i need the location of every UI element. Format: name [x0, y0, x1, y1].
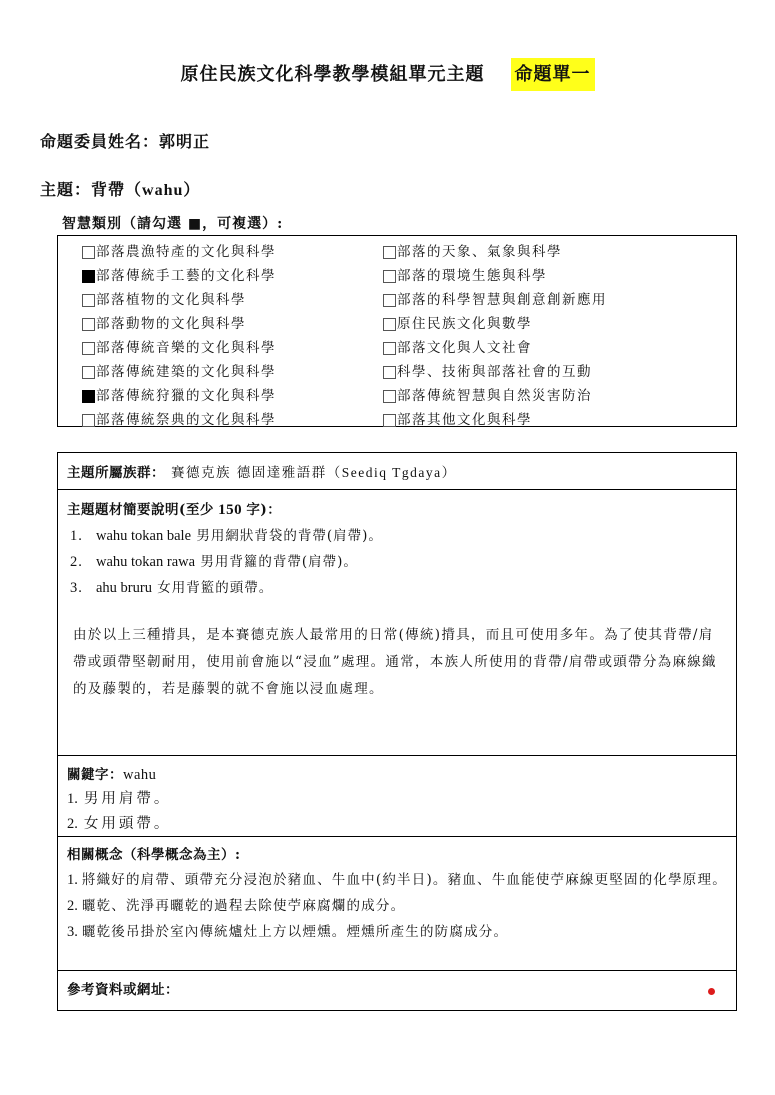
list-item: 1.男用肩帶。	[67, 787, 171, 812]
concepts-label: 相關概念（科學概念為主）:	[67, 843, 240, 863]
category-item-label: 部落其他文化與科學	[397, 408, 532, 432]
item-number: 2.	[70, 549, 96, 575]
category-column-left: 部落農漁特產的文化與科學 部落傳統手工藝的文化科學 部落植物的文化與科學 部落動…	[82, 240, 276, 432]
checkbox[interactable]	[82, 342, 95, 355]
item-latin: wahu tokan rawa	[96, 554, 195, 570]
checkbox[interactable]	[383, 294, 396, 307]
category-item-label: 原住民族文化與數學	[397, 312, 532, 336]
summary-list: 1.wahu tokan bale 男用網狀背袋的背帶(肩帶)。 2.wahu …	[70, 523, 383, 601]
summary-label-a: 主題題材簡要說明(至少	[67, 502, 214, 518]
category-item[interactable]: 部落其他文化與科學	[383, 408, 607, 432]
keywords-row: 關鍵字：wahu 1.男用肩帶。 2.女用頭帶。	[58, 755, 736, 836]
item-text: 女用頭帶。	[84, 816, 172, 832]
concepts-row: 相關概念（科學概念為主）: 1.將織好的肩帶、頭帶充分浸泡於豬血、牛血中(約半日…	[58, 836, 736, 970]
category-item[interactable]: 部落的科學智慧與創意創新應用	[383, 288, 607, 312]
checkbox[interactable]	[82, 246, 95, 259]
item-number: 1.	[67, 791, 78, 807]
category-item-label: 部落傳統音樂的文化與科學	[96, 336, 276, 360]
category-item[interactable]: 部落傳統手工藝的文化科學	[82, 264, 276, 288]
checkbox[interactable]	[383, 270, 396, 283]
checkbox[interactable]	[82, 294, 95, 307]
category-item-label: 部落傳統祭典的文化與科學	[96, 408, 276, 432]
item-number: 2.	[67, 898, 78, 914]
committee-name: 郭明正	[159, 132, 210, 151]
category-item-label: 部落文化與人文社會	[397, 336, 532, 360]
list-item: 2.曬乾、洗淨再曬乾的過程去除使苧麻腐爛的成分。	[67, 893, 727, 919]
list-item: 3.曬乾後吊掛於室內傳統爐灶上方以煙燻。煙燻所產生的防腐成分。	[67, 919, 727, 945]
item-number: 1.	[70, 523, 96, 549]
category-item[interactable]: 部落的環境生態與科學	[383, 264, 607, 288]
committee-label: 命題委員姓名：	[40, 132, 159, 151]
keywords-list: 1.男用肩帶。 2.女用頭帶。	[67, 787, 171, 837]
category-item[interactable]: 部落傳統音樂的文化與科學	[82, 336, 276, 360]
list-item: 1.將織好的肩帶、頭帶充分浸泡於豬血、牛血中(約半日)。豬血、牛血能使苧麻線更堅…	[67, 867, 727, 893]
item-number: 3.	[70, 575, 96, 601]
checkbox[interactable]	[383, 342, 396, 355]
category-item[interactable]: 原住民族文化與數學	[383, 312, 607, 336]
category-item-label: 部落的環境生態與科學	[397, 264, 547, 288]
summary-label: 主題題材簡要說明(至少 150 字)：	[67, 498, 281, 519]
category-item[interactable]: 部落傳統狩獵的文化與科學	[82, 384, 276, 408]
checkbox[interactable]	[383, 414, 396, 427]
category-item-label: 部落傳統智慧與自然災害防治	[397, 384, 592, 408]
item-latin: ahu bruru	[96, 580, 152, 596]
summary-row: 主題題材簡要說明(至少 150 字)： 1.wahu tokan bale 男用…	[58, 489, 736, 755]
summary-paragraph: 由於以上三種揹具，是本賽德克族人最常用的日常(傳統)揹具，而且可使用多年。為了使…	[73, 622, 728, 703]
category-item-label: 部落動物的文化與科學	[96, 312, 246, 336]
category-item[interactable]: 科學、技術與部落社會的互動	[383, 360, 607, 384]
category-item[interactable]: 部落的天象、氣象與科學	[383, 240, 607, 264]
keywords-label: 關鍵字：wahu	[67, 763, 156, 784]
item-number: 2.	[67, 816, 78, 832]
checkbox[interactable]	[383, 366, 396, 379]
committee-member: 命題委員姓名：郭明正	[40, 129, 210, 152]
item-text: 將織好的肩帶、頭帶充分浸泡於豬血、牛血中(約半日)。豬血、牛血能使苧麻線更堅固的…	[82, 872, 727, 888]
keywords-value: wahu	[123, 767, 156, 783]
checkbox[interactable]	[383, 318, 396, 331]
checkbox[interactable]	[82, 270, 95, 283]
ethnic-group-label: 主題所屬族群：	[67, 465, 165, 481]
checkbox[interactable]	[82, 366, 95, 379]
category-item[interactable]: 部落傳統智慧與自然災害防治	[383, 384, 607, 408]
list-item: 3.ahu bruru 女用背籃的頭帶。	[70, 575, 383, 601]
title-text: 原住民族文化科學教學模組單元主題	[181, 64, 485, 85]
category-item[interactable]: 部落文化與人文社會	[383, 336, 607, 360]
references-label: 參考資料或網址：	[67, 978, 179, 998]
item-text: 男用背籮的背帶(肩帶)。	[195, 554, 358, 570]
checkbox[interactable]	[82, 414, 95, 427]
keywords-label-text: 關鍵字：	[67, 767, 123, 783]
category-item-label: 部落農漁特產的文化與科學	[96, 240, 276, 264]
references-row: 參考資料或網址：	[58, 970, 736, 1010]
theme-value: 背帶	[91, 180, 125, 199]
ethnic-group-row: 主題所屬族群：賽德克族 德固達雅語群（Seediq Tgdaya）	[58, 453, 736, 489]
ethnic-group-latin: （Seediq Tgdaya）	[327, 465, 457, 480]
document-title: 原住民族文化科學教學模組單元主題命題單一	[0, 60, 775, 86]
list-item: 2.wahu tokan rawa 男用背籮的背帶(肩帶)。	[70, 549, 383, 575]
theme-heading: 主題：背帶（wahu）	[40, 177, 200, 200]
category-item-label: 部落植物的文化與科學	[96, 288, 246, 312]
category-column-right: 部落的天象、氣象與科學 部落的環境生態與科學 部落的科學智慧與創意創新應用 原住…	[383, 240, 607, 432]
title-highlight: 命題單一	[511, 58, 595, 91]
theme-label: 主題：	[40, 180, 91, 199]
category-item-label: 部落的天象、氣象與科學	[397, 240, 562, 264]
details-table: 主題所屬族群：賽德克族 德固達雅語群（Seediq Tgdaya） 主題題材簡要…	[57, 452, 737, 1011]
category-item-label: 科學、技術與部落社會的互動	[397, 360, 592, 384]
item-text: 女用背籃的頭帶。	[152, 580, 273, 596]
category-item-label: 部落傳統狩獵的文化與科學	[96, 384, 276, 408]
item-number: 3.	[67, 924, 78, 940]
ethnic-group-name: 賽德克族 德固達雅語群	[171, 465, 327, 481]
category-checklist: 部落農漁特產的文化與科學 部落傳統手工藝的文化科學 部落植物的文化與科學 部落動…	[57, 235, 737, 427]
category-item-label: 部落的科學智慧與創意創新應用	[397, 288, 607, 312]
ethnic-group-value: 賽德克族 德固達雅語群（Seediq Tgdaya）	[171, 465, 457, 481]
summary-label-num: 150	[214, 502, 247, 518]
list-item: 2.女用頭帶。	[67, 812, 171, 837]
category-item-label: 部落傳統手工藝的文化科學	[96, 264, 276, 288]
category-item[interactable]: 部落動物的文化與科學	[82, 312, 276, 336]
checkbox[interactable]	[82, 318, 95, 331]
theme-latin: （wahu）	[125, 182, 200, 199]
summary-label-b: 字)：	[246, 502, 281, 518]
category-item[interactable]: 部落農漁特產的文化與科學	[82, 240, 276, 264]
category-item[interactable]: 部落植物的文化與科學	[82, 288, 276, 312]
concepts-list: 1.將織好的肩帶、頭帶充分浸泡於豬血、牛血中(約半日)。豬血、牛血能使苧麻線更堅…	[67, 867, 727, 945]
category-item-label: 部落傳統建築的文化與科學	[96, 360, 276, 384]
item-text: 男用網狀背袋的背帶(肩帶)。	[191, 528, 383, 544]
checkbox[interactable]	[383, 246, 396, 259]
category-item[interactable]: 部落傳統建築的文化與科學	[82, 360, 276, 384]
item-text: 曬乾後吊掛於室內傳統爐灶上方以煙燻。煙燻所產生的防腐成分。	[82, 924, 508, 940]
checkbox[interactable]	[383, 390, 396, 403]
item-text: 男用肩帶。	[84, 791, 172, 807]
red-dot-marker-icon	[708, 988, 715, 995]
item-text: 曬乾、洗淨再曬乾的過程去除使苧麻腐爛的成分。	[82, 898, 405, 914]
item-latin: wahu tokan bale	[96, 528, 191, 544]
category-item[interactable]: 部落傳統祭典的文化與科學	[82, 408, 276, 432]
item-number: 1.	[67, 872, 78, 888]
checkbox[interactable]	[82, 390, 95, 403]
list-item: 1.wahu tokan bale 男用網狀背袋的背帶(肩帶)。	[70, 523, 383, 549]
category-label: 智慧類別（請勾選 ■，可複選）:	[62, 213, 283, 233]
